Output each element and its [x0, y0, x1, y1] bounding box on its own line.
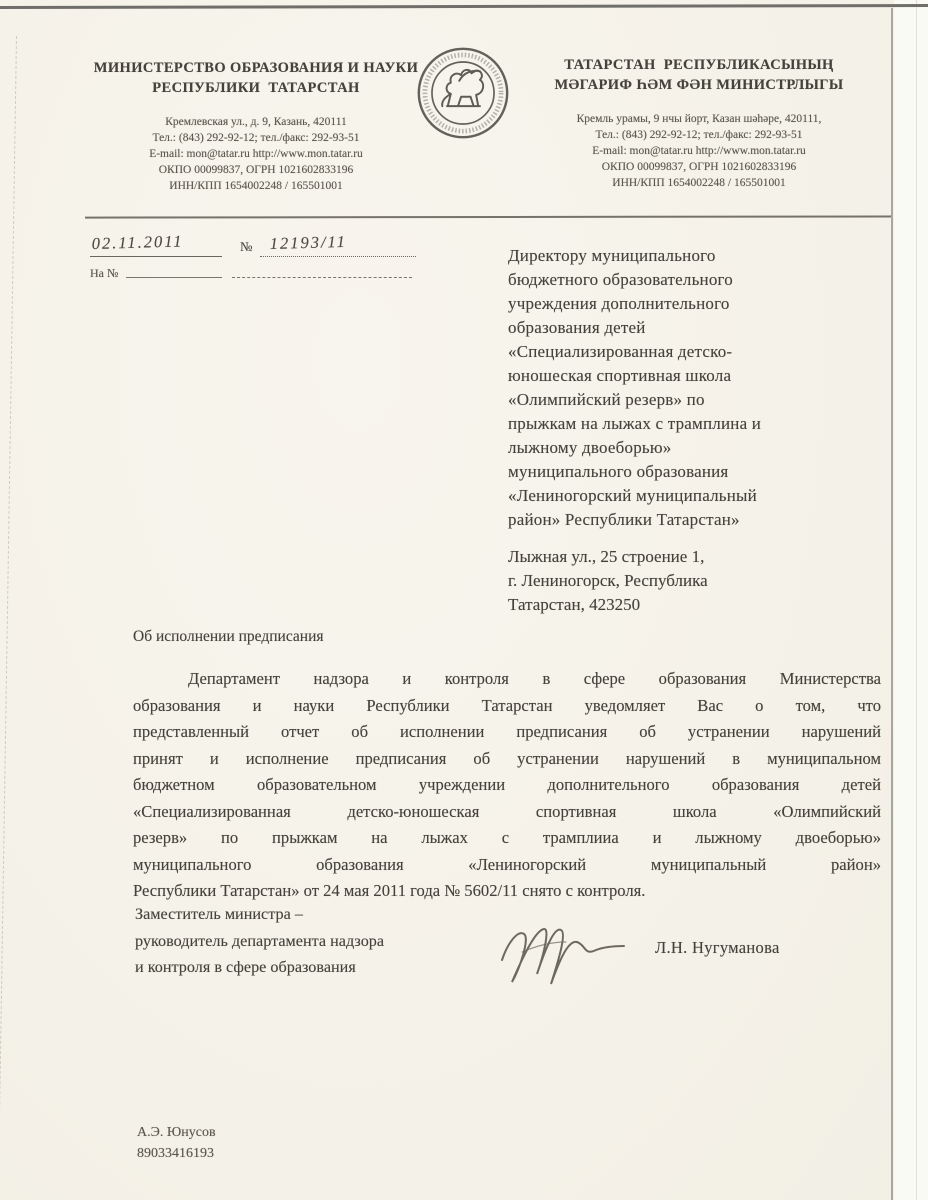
ministry-address-tt-line1: Кремль урамы, 9 нчы йорт, Казан шәһәре, … [503, 111, 895, 127]
subject-line: Об исполнении предписания [133, 628, 324, 646]
scanner-edge-line [916, 0, 917, 1200]
recipient-line: муниципального образования [508, 460, 868, 484]
ministry-name-tt-line1: ТАТАРСТАН РЕСПУБЛИКАСЫНЫҢ [503, 55, 895, 75]
recipient-line: район» Республики Татарстан» [508, 508, 868, 532]
letter-number-label: № [240, 239, 252, 255]
ministry-address-tt-line2: Тел.: (843) 292-92-12; тел./факс: 292-93… [503, 127, 895, 143]
recipient-block: Директору муниципального бюджетного обра… [508, 244, 868, 532]
reply-to-blank-line-2 [232, 265, 412, 278]
executor-block: А.Э. Юнусов 89033416193 [137, 1122, 216, 1164]
recipient-address-line: Татарстан, 423250 [508, 593, 868, 617]
ministry-name-ru-line2: РЕСПУБЛИКИ ТАТАРСТАН [85, 78, 427, 98]
recipient-line: «Олимпийский резерв» по [508, 388, 868, 412]
reply-to-label: На № [90, 266, 118, 281]
recipient-line: «Специализированная детско- [508, 340, 868, 364]
ministry-address-tt-line4: ОКПО 00099837, ОГРН 1021602833196 [503, 159, 895, 175]
tatarstan-coat-of-arms-seal-icon [416, 46, 510, 140]
body-line: Департамент надзора и контроля в сфере о… [133, 666, 881, 693]
letter-date-field: 02.11.2011 [90, 234, 222, 257]
ministry-address-ru-line2: Тел.: (843) 292-92-12; тел./факс: 292-93… [85, 130, 427, 146]
ministry-address-ru-line4: ОКПО 00099837, ОГРН 1021602833196 [85, 162, 427, 178]
scanned-letter-page: МИНИСТЕРСТВО ОБРАЗОВАНИЯ И НАУКИ РЕСПУБЛ… [0, 0, 928, 1200]
ministry-name-ru-line1: МИНИСТЕРСТВО ОБРАЗОВАНИЯ И НАУКИ [85, 58, 427, 78]
body-line: «Специализированная детско-юношеская спо… [133, 799, 881, 826]
ministry-address-tt-line3: E-mail: mon@tatar.ru http://www.mon.tata… [503, 143, 895, 159]
letterhead-tatar: ТАТАРСТАН РЕСПУБЛИКАСЫНЫҢ МӘГАРИФ ҺӘМ ФӘ… [503, 55, 895, 191]
recipient-line: Директору муниципального [508, 244, 868, 268]
body-line: резерв» по прыжкам на лыжах с трамплииа … [133, 825, 881, 852]
recipient-line: образования детей [508, 316, 868, 340]
recipient-address-line: г. Лениногорск, Республика [508, 569, 868, 593]
letter-number-handwritten: 12193/11 [270, 232, 348, 254]
scanner-background-strip [894, 0, 928, 1200]
reference-block: 02.11.2011 № 12193/11 На № [90, 234, 450, 281]
body-line: представленный отчет об исполнении предп… [133, 719, 881, 746]
recipient-line: учреждения дополнительного [508, 292, 868, 316]
ministry-name-tt-line2: МӘГАРИФ ҺӘМ ФӘН МИНИСТРЛЫГЫ [503, 75, 895, 95]
body-line: образования и науки Республики Татарстан… [133, 693, 881, 720]
body-line: бюджетном образовательном учреждении доп… [133, 772, 881, 799]
executor-phone: 89033416193 [137, 1143, 216, 1164]
body-paragraph: Департамент надзора и контроля в сфере о… [133, 666, 881, 905]
letter-number-field: 12193/11 [260, 234, 416, 257]
ministry-address-tt-line5: ИНН/КПП 1654002248 / 165501001 [503, 175, 895, 191]
signatory-position-line: руководитель департамента надзора [135, 928, 435, 955]
recipient-line: лыжному двоеборью» [508, 436, 868, 460]
ministry-address-ru-line1: Кремлевская ул., д. 9, Казань, 420111 [85, 114, 427, 130]
body-line: муниципального образования «Лениногорски… [133, 852, 881, 879]
recipient-line: прыжкам на лыжах с трамплина и [508, 412, 868, 436]
recipient-line: «Лениногорский муниципальный [508, 484, 868, 508]
ministry-address-ru-line5: ИНН/КПП 1654002248 / 165501001 [85, 178, 427, 194]
signatory-position-block: Заместитель министра – руководитель депа… [135, 901, 435, 981]
signature-autograph-icon [492, 912, 652, 1000]
recipient-address-line: Лыжная ул., 25 строение 1, [508, 545, 868, 569]
recipient-line: юношеская спортивная школа [508, 364, 868, 388]
executor-name: А.Э. Юнусов [137, 1122, 216, 1143]
recipient-line: бюджетного образовательного [508, 268, 868, 292]
letterhead-russian: МИНИСТЕРСТВО ОБРАЗОВАНИЯ И НАУКИ РЕСПУБЛ… [85, 58, 427, 194]
signatory-position-line: и контроля в сфере образования [135, 954, 435, 981]
signatory-name: Л.Н. Нугуманова [655, 938, 780, 958]
reply-to-blank-line-1 [126, 265, 222, 278]
body-line: принят и исполнение предписания об устра… [133, 746, 881, 773]
ministry-address-ru-line3: E-mail: mon@tatar.ru http://www.mon.tata… [85, 146, 427, 162]
recipient-postal-address: Лыжная ул., 25 строение 1, г. Лениногорс… [508, 545, 868, 617]
letter-date-handwritten: 02.11.2011 [91, 231, 183, 254]
signatory-position-line: Заместитель министра – [135, 901, 435, 928]
